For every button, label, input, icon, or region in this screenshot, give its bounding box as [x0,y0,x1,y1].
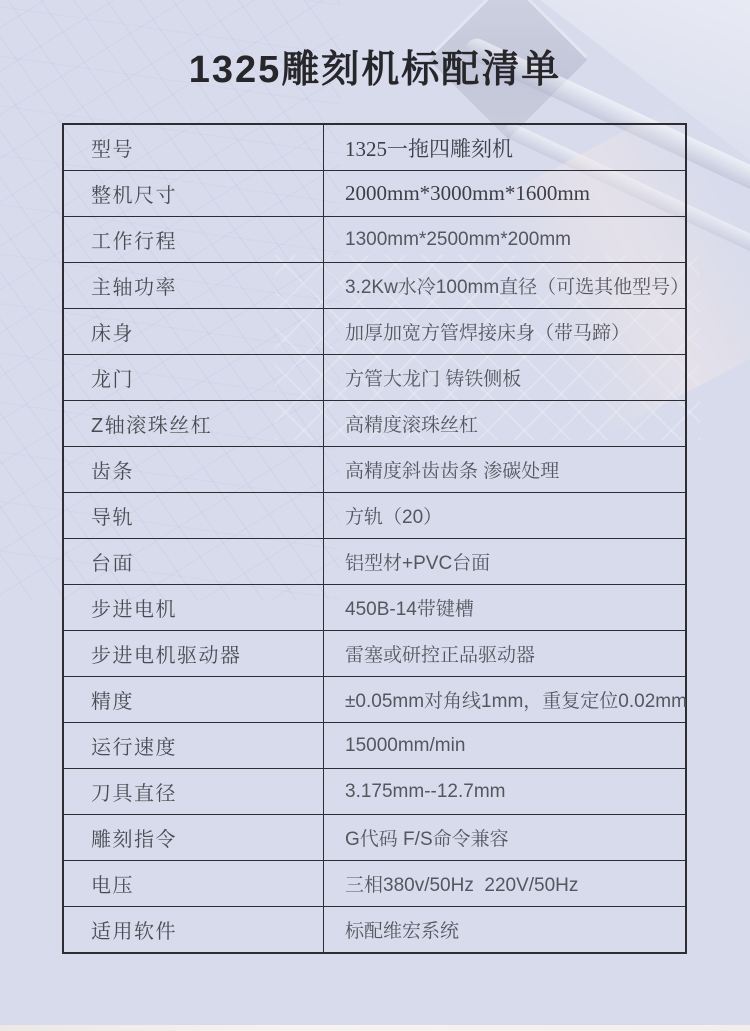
table-row: 齿条 高精度斜齿齿条 渗碳处理 [63,447,686,493]
spec-label: 型号 [63,124,324,171]
table-row: 运行速度 15000mm/min [63,723,686,769]
spec-value: 3.2Kw水冷100mm直径（可选其他型号） [324,263,687,309]
table-row: 龙门 方管大龙门 铸铁侧板 [63,355,686,401]
spec-value: G代码 F/S命令兼容 [324,815,687,861]
spec-value: 高精度斜齿齿条 渗碳处理 [324,447,687,493]
spec-value: 3.175mm--12.7mm [324,769,687,815]
table-row: 工作行程 1300mm*2500mm*200mm [63,217,686,263]
table-row: 整机尺寸 2000mm*3000mm*1600mm [63,171,686,217]
table-row: 精度 ±0.05mm对角线1mm，重复定位0.02mm [63,677,686,723]
spec-value: 三相380v/50Hz 220V/50Hz [324,861,687,907]
spec-table: 型号 1325一拖四雕刻机 整机尺寸 2000mm*3000mm*1600mm … [62,123,687,954]
spec-label: 导轨 [63,493,324,539]
spec-value: 方管大龙门 铸铁侧板 [324,355,687,401]
spec-value: 15000mm/min [324,723,687,769]
spec-value: 铝型材+PVC台面 [324,539,687,585]
spec-label: 步进电机 [63,585,324,631]
table-row: 主轴功率 3.2Kw水冷100mm直径（可选其他型号） [63,263,686,309]
table-row: 型号 1325一拖四雕刻机 [63,124,686,171]
table-row: 台面 铝型材+PVC台面 [63,539,686,585]
spec-label: 主轴功率 [63,263,324,309]
table-row: 步进电机 450B-14带键槽 [63,585,686,631]
spec-label: 雕刻指令 [63,815,324,861]
table-row: 适用软件 标配维宏系统 [63,907,686,954]
spec-label: 适用软件 [63,907,324,954]
page: { "page": { "title": "1325雕刻机标配清单" }, "c… [0,0,750,1031]
table-row: 雕刻指令 G代码 F/S命令兼容 [63,815,686,861]
bottom-edge-strip [0,1025,750,1031]
spec-value: 450B-14带键槽 [324,585,687,631]
spec-value: 高精度滚珠丝杠 [324,401,687,447]
spec-label: 步进电机驱动器 [63,631,324,677]
spec-label: 龙门 [63,355,324,401]
page-title: 1325雕刻机标配清单 [0,38,750,93]
spec-table-body: 型号 1325一拖四雕刻机 整机尺寸 2000mm*3000mm*1600mm … [63,124,686,953]
spec-value: 雷塞或研控正品驱动器 [324,631,687,677]
table-row: 刀具直径 3.175mm--12.7mm [63,769,686,815]
table-row: 导轨 方轨（20） [63,493,686,539]
table-row: 步进电机驱动器 雷塞或研控正品驱动器 [63,631,686,677]
spec-value: 方轨（20） [324,493,687,539]
spec-label: 刀具直径 [63,769,324,815]
spec-label: 床身 [63,309,324,355]
spec-value: ±0.05mm对角线1mm，重复定位0.02mm [324,677,687,723]
spec-label: 精度 [63,677,324,723]
table-row: 床身 加厚加宽方管焊接床身（带马蹄） [63,309,686,355]
spec-value: 2000mm*3000mm*1600mm [324,171,687,217]
spec-label: 运行速度 [63,723,324,769]
spec-label: 整机尺寸 [63,171,324,217]
spec-label: 电压 [63,861,324,907]
spec-value: 1300mm*2500mm*200mm [324,217,687,263]
spec-label: Z轴滚珠丝杠 [63,401,324,447]
spec-value: 标配维宏系统 [324,907,687,954]
table-row: 电压 三相380v/50Hz 220V/50Hz [63,861,686,907]
spec-label: 工作行程 [63,217,324,263]
spec-value: 1325一拖四雕刻机 [324,124,687,171]
spec-value: 加厚加宽方管焊接床身（带马蹄） [324,309,687,355]
table-row: Z轴滚珠丝杠 高精度滚珠丝杠 [63,401,686,447]
spec-label: 台面 [63,539,324,585]
spec-label: 齿条 [63,447,324,493]
